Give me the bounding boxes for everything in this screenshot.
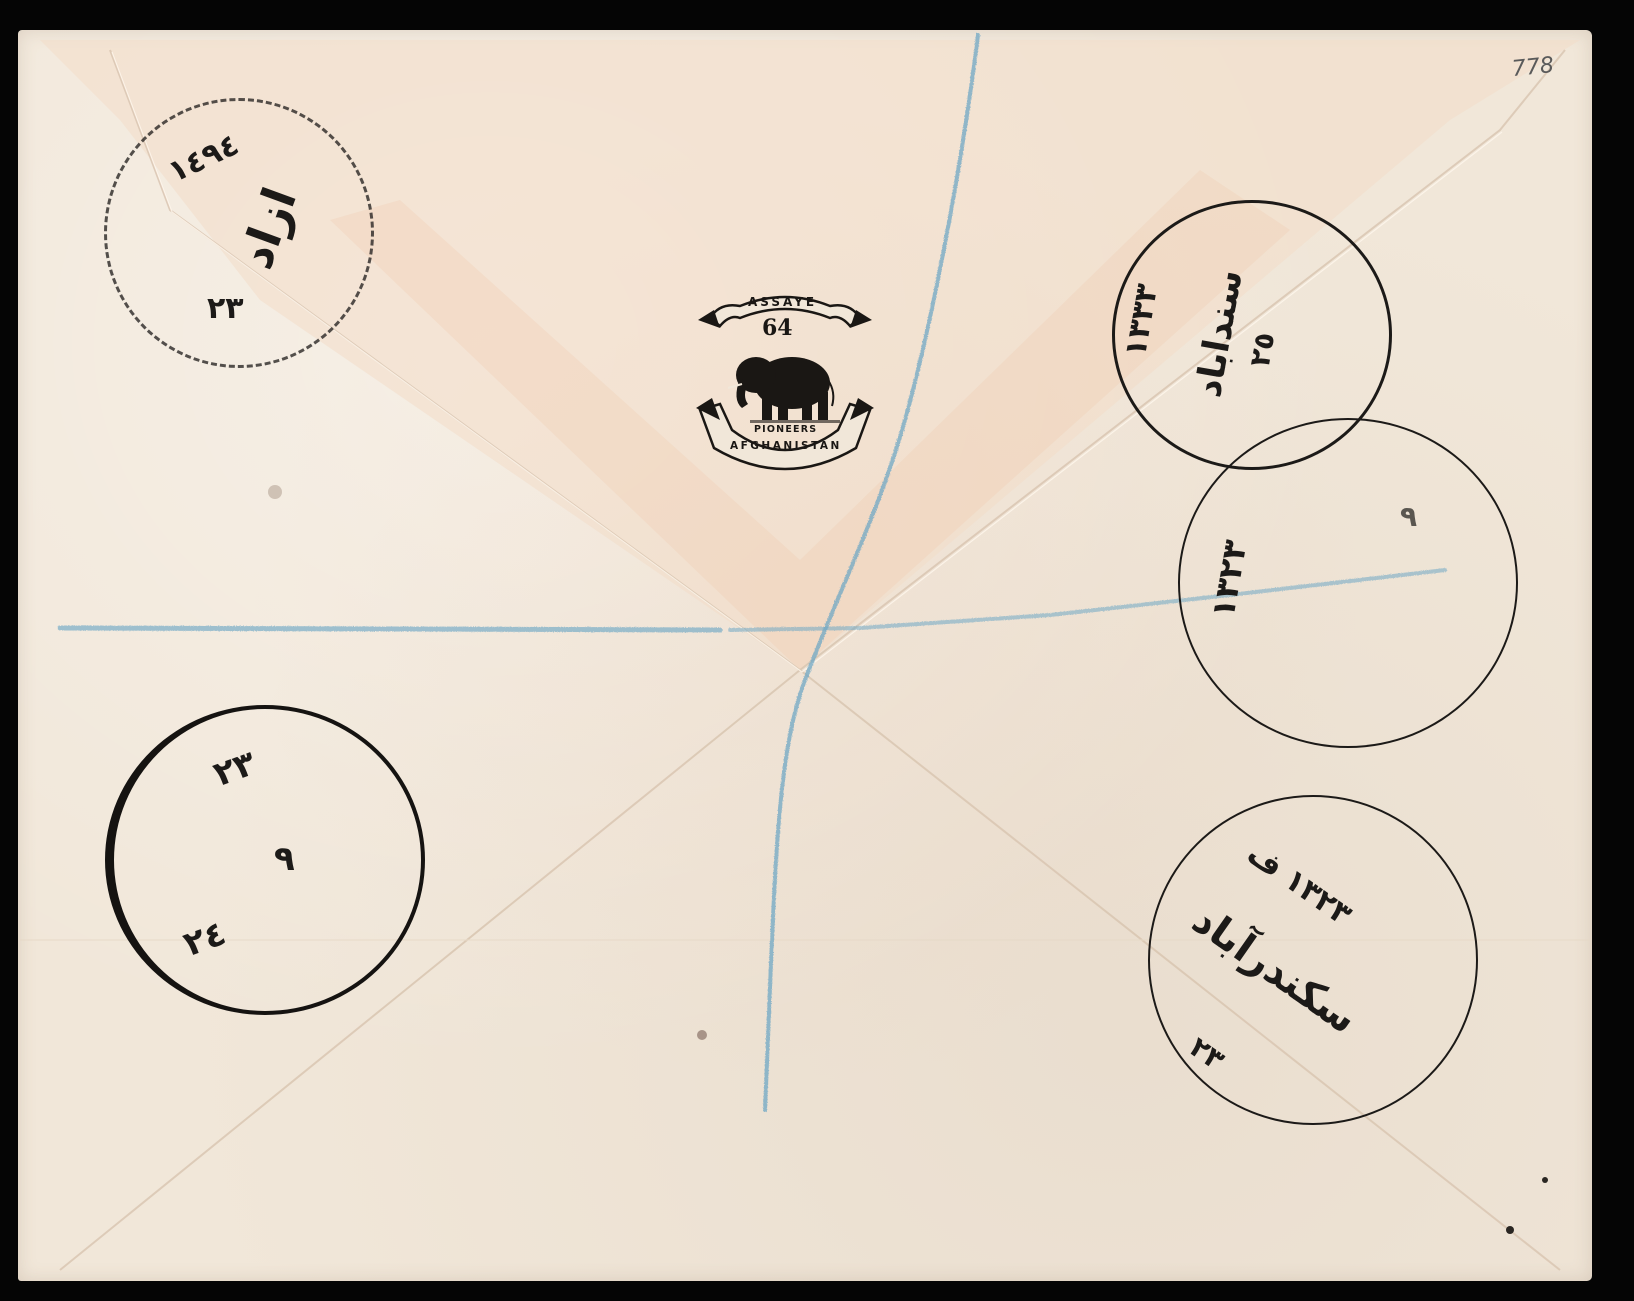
crest-regiment-number: 64 (762, 315, 793, 341)
crest-motto-lower: AFGHANISTAN (730, 440, 842, 452)
postmark-top-left: ١٤٩٤ ازاد ٢٣ (104, 98, 374, 368)
photo-stage: 778 ASSAYE 64 PION (0, 0, 1634, 1301)
crest-battle-honour: ASSAYE (748, 295, 817, 309)
postmark-right-middle: ١٣٢٣ ٩ (1178, 418, 1518, 748)
postmark-right-lower: ١٣٢٣ ف سکندرآباد ٢٣ (1148, 795, 1478, 1125)
regimental-crest: ASSAYE 64 PIONEERS AFGHANISTAN (690, 280, 880, 480)
crest-motto-upper: PIONEERS (754, 424, 817, 435)
postmark-bottom-left: ٢٣ ٩ ٢٤ (105, 705, 425, 1015)
pencil-annotation: 778 (1511, 53, 1555, 82)
elephant-icon (728, 357, 840, 423)
